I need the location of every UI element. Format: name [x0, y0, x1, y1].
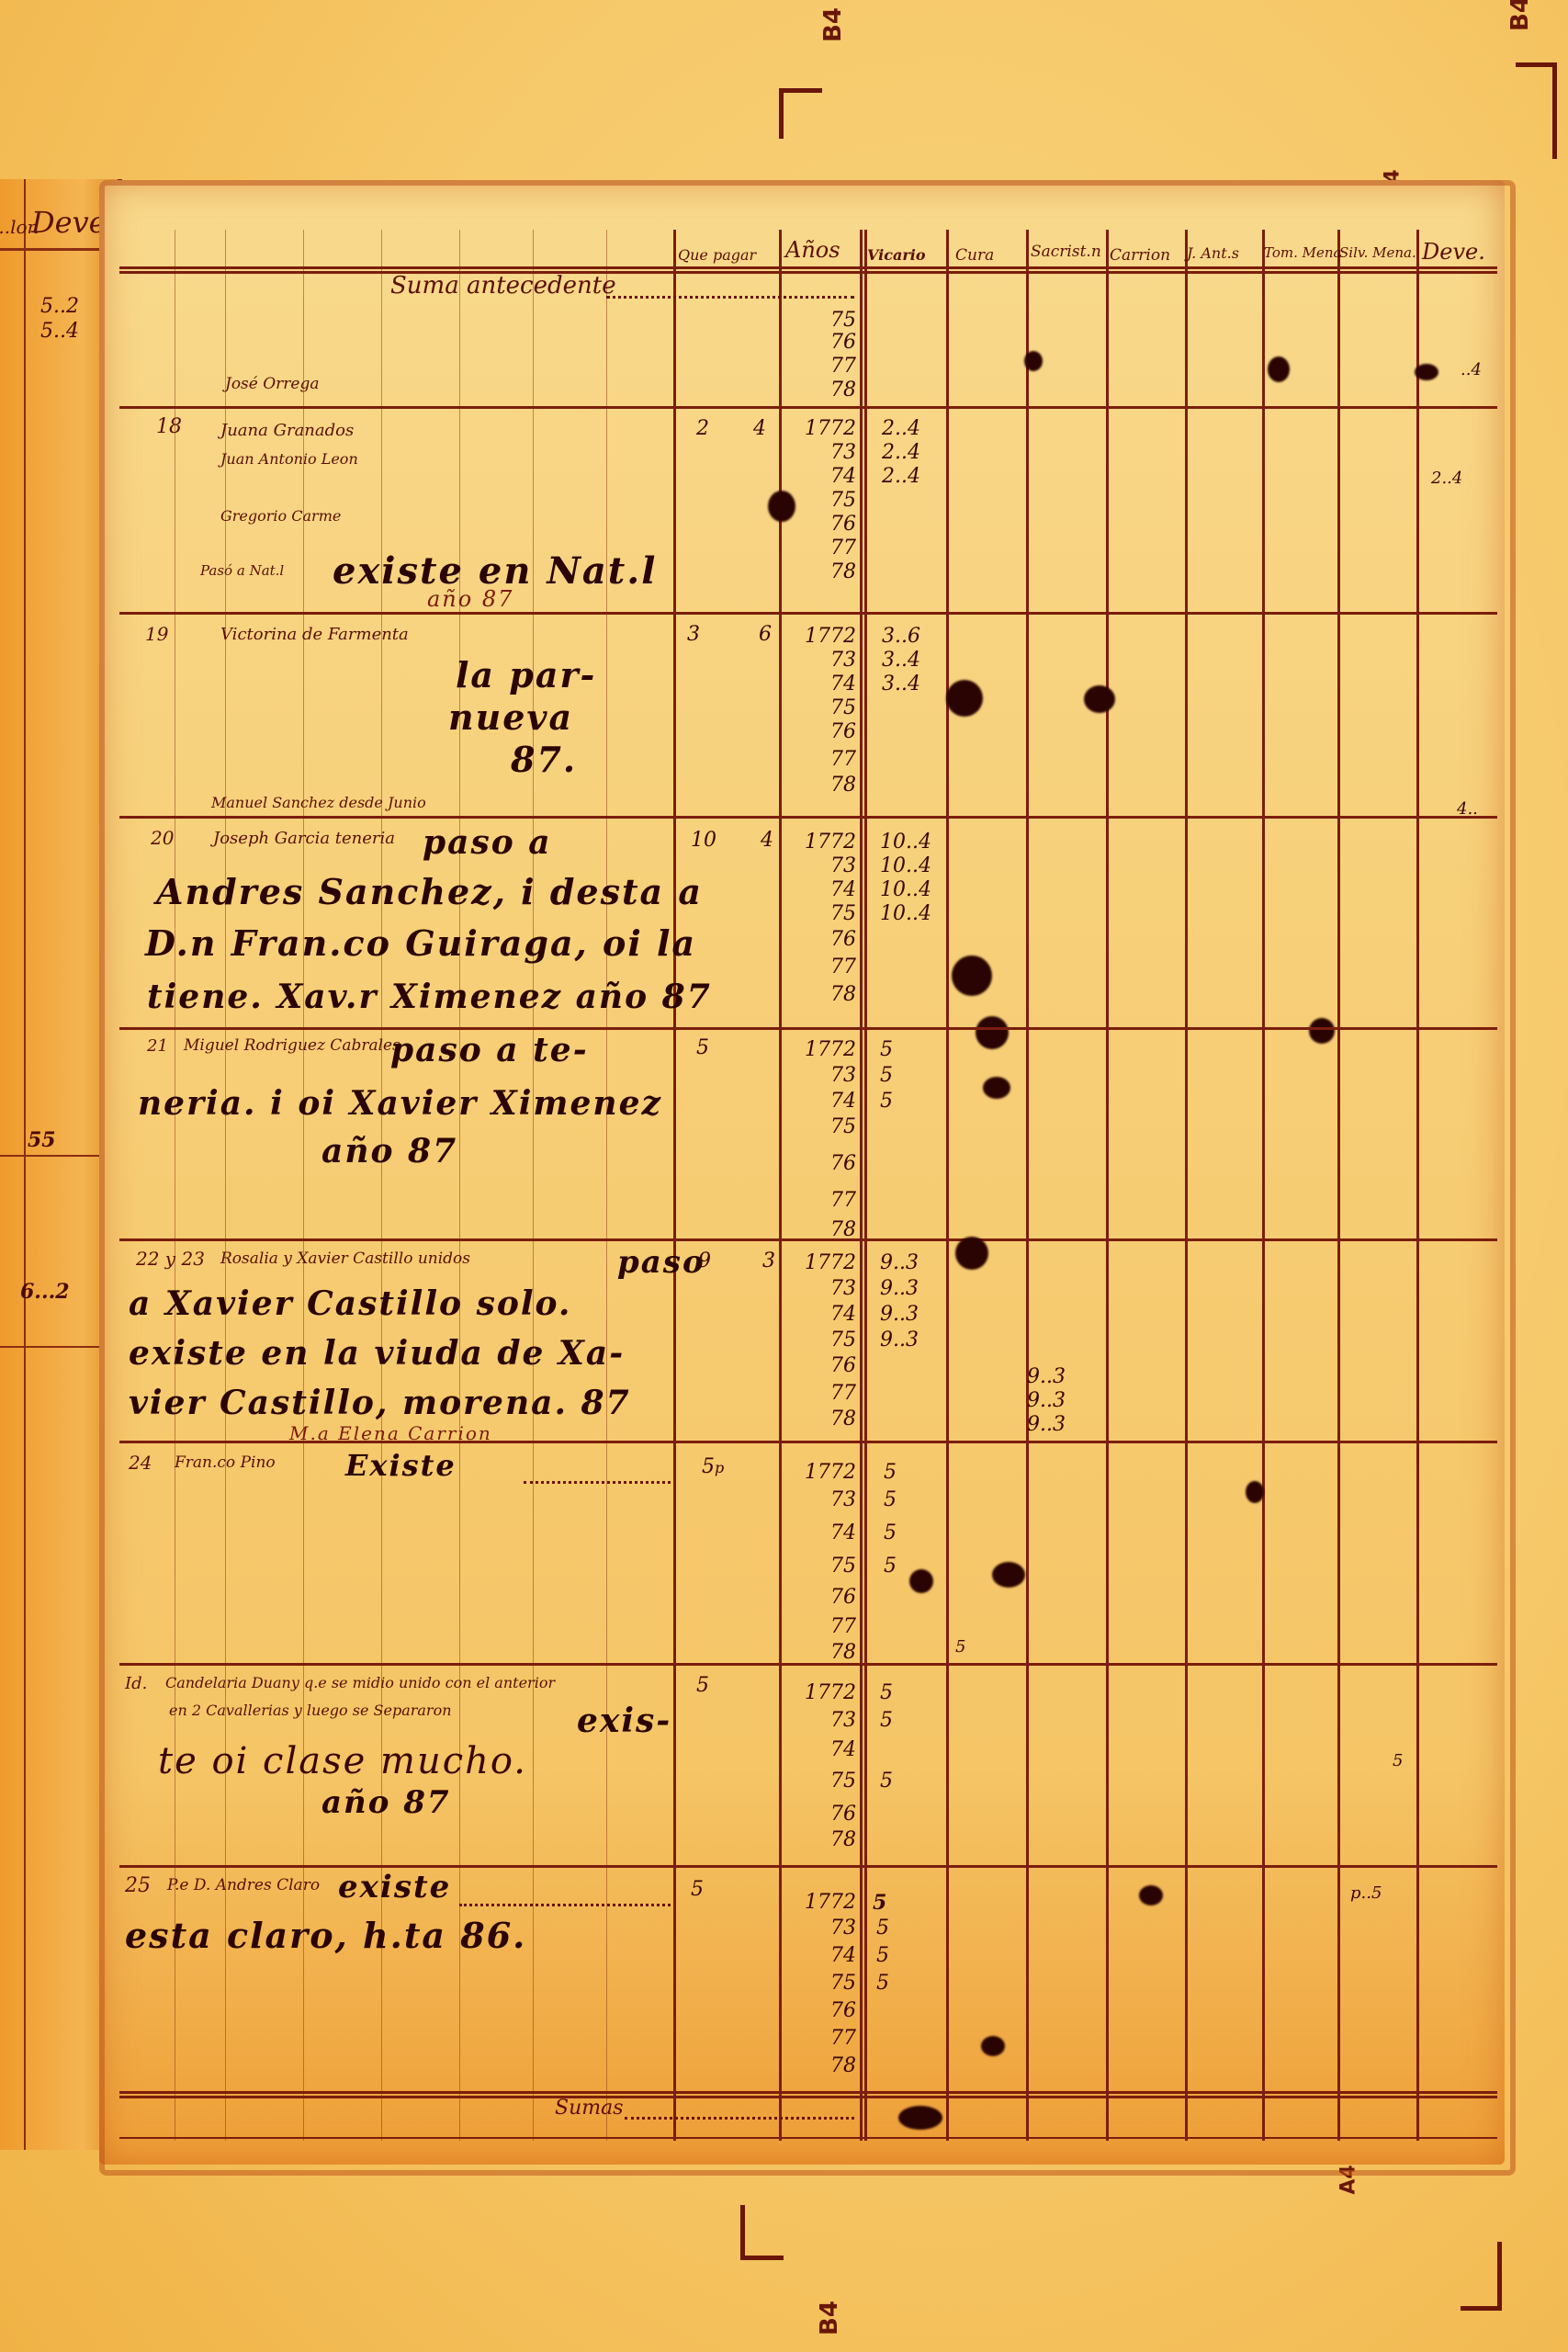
year-label: 75: [792, 309, 856, 332]
row-rule: [119, 1865, 1497, 1868]
debe-amount: p..5: [1350, 1883, 1382, 1903]
row-rule: [119, 612, 1497, 615]
year-label: 77: [792, 1189, 856, 1212]
ink-blot: [898, 2106, 942, 2130]
entry-number: 22 y 23: [136, 1248, 205, 1270]
leader-dots: [459, 1904, 671, 1906]
year-label: 1772: [792, 1251, 856, 1274]
year-label: 74: [792, 1521, 856, 1544]
ink-blot: [1084, 685, 1115, 713]
carry-forward-debe: ..4: [1461, 360, 1482, 379]
year-label: 1772: [792, 625, 856, 648]
ink-blot: [1024, 351, 1043, 371]
year-label: 78: [792, 774, 856, 797]
to-pay-amount: 5: [696, 1036, 709, 1059]
guide-line: [459, 230, 460, 2141]
entry-number: 18: [156, 415, 182, 438]
entry-annotation: año 87: [427, 586, 513, 612]
year-label: 1772: [792, 1681, 856, 1704]
column-header-vicario: Vicario: [867, 246, 926, 264]
to-pay-amount: 2: [696, 417, 709, 440]
column-divider-vicario: [860, 230, 867, 2141]
to-pay-amount: 6: [759, 623, 772, 646]
cura-amount: 5: [955, 1637, 965, 1657]
vicario-amount: 10..4: [880, 902, 931, 925]
carry-forward-name-note: José Orrega: [225, 375, 320, 393]
totals-label: Sumas: [555, 2097, 624, 2120]
year-label: 77: [792, 748, 856, 771]
year-label: 1772: [792, 417, 856, 440]
vicario-amount: 9..3: [880, 1277, 919, 1300]
year-label: 76: [792, 1803, 856, 1826]
year-label: 78: [792, 1828, 856, 1851]
year-label: 73: [792, 1277, 856, 1300]
sacristan-amount: 9..3: [1027, 1413, 1066, 1436]
left-page-value: 5..4: [40, 320, 79, 343]
vicario-amount: 5: [876, 1972, 889, 1995]
year-label: 75: [792, 1329, 856, 1351]
to-pay-amount: 4: [761, 829, 773, 852]
vicario-amount: 5: [880, 1064, 893, 1087]
ink-blot: [946, 680, 983, 717]
ink-blot: [981, 2036, 1005, 2056]
year-label: 78: [792, 379, 856, 401]
column-divider-to-pay: [673, 230, 676, 2141]
sacristan-amount: 9..3: [1027, 1365, 1066, 1388]
leader-dots: [625, 2117, 854, 2120]
row-rule: [119, 1441, 1497, 1443]
entry-annotation: paso a: [423, 823, 552, 862]
entry-annotation: nueva: [448, 696, 573, 738]
vicario-amount: 5: [876, 1944, 889, 1967]
column-header-carrion: Carrion: [1110, 246, 1170, 265]
registration-corner-top-right: [1516, 62, 1557, 159]
entry-annotation: exis-: [577, 1702, 671, 1740]
vicario-amount: 3..6: [882, 625, 920, 648]
year-label: 78: [792, 2054, 856, 2077]
entry-number: 19: [145, 623, 168, 645]
guide-line: [175, 230, 175, 2141]
leader-dots: [606, 296, 854, 299]
vicario-amount: 5: [884, 1461, 897, 1484]
year-label: 77: [792, 2027, 856, 2050]
year-label: 76: [792, 1354, 856, 1377]
ink-blot: [1309, 1018, 1335, 1044]
entry-name: Gregorio Carme: [220, 507, 341, 525]
column-divider-sacristan: [1026, 230, 1029, 2141]
year-label: 75: [792, 1115, 856, 1138]
year-label: 78: [792, 560, 856, 583]
registration-corner-top-left: [779, 88, 822, 139]
to-pay-amount: 3: [762, 1249, 775, 1272]
to-pay-amount: 10: [691, 829, 716, 852]
vicario-amount: 2..4: [882, 465, 920, 488]
entry-annotation: la par-: [456, 654, 596, 695]
row-rule: [119, 1238, 1497, 1241]
leader-dots: [524, 1481, 671, 1484]
vicario-amount: 5: [873, 1891, 886, 1915]
year-label: 75: [792, 696, 856, 719]
vicario-amount: 5: [880, 1709, 893, 1732]
year-label: 77: [792, 355, 856, 378]
vicario-amount: 5: [880, 1090, 893, 1113]
entry-annotation: Existe: [345, 1448, 457, 1483]
year-label: 77: [792, 1382, 856, 1405]
entry-name: Miguel Rodriguez Cabrales: [184, 1036, 400, 1055]
registration-corner-bottom-right: [1461, 2242, 1502, 2311]
ink-blot: [909, 1569, 933, 1593]
entry-number: 25: [125, 1874, 151, 1897]
left-page-value: 5..2: [40, 295, 79, 318]
column-header-cura: Cura: [955, 246, 994, 265]
year-label: 75: [792, 1972, 856, 1995]
vicario-amount: 10..4: [880, 878, 931, 901]
year-label: 75: [792, 489, 856, 512]
year-label: 73: [792, 1064, 856, 1087]
column-divider-jose-antonio: [1185, 230, 1188, 2141]
entry-annotation: existe: [338, 1869, 451, 1905]
entry-annotation: 87.: [511, 739, 577, 780]
entry-annotation: tiene. Xav.r Ximenez año 87: [147, 978, 712, 1016]
guide-line: [381, 230, 382, 2141]
totals-rule: [119, 2091, 1497, 2098]
vicario-amount: 3..4: [882, 649, 920, 672]
year-label: 74: [792, 1090, 856, 1113]
year-label: 76: [792, 720, 856, 743]
ink-blot: [992, 1562, 1025, 1588]
year-label: 78: [792, 1641, 856, 1664]
year-label: 76: [792, 1152, 856, 1175]
entry-annotation: esta claro, h.ta 86.: [125, 1915, 526, 1956]
year-label: 74: [792, 465, 856, 488]
vicario-amount: 2..4: [882, 441, 920, 464]
to-pay-amount: 9: [698, 1249, 711, 1272]
column-header-years: Años: [785, 237, 840, 263]
guide-line: [533, 230, 534, 2141]
ink-blot: [952, 955, 992, 996]
year-label: 73: [792, 441, 856, 464]
left-page-value: 55: [28, 1128, 56, 1152]
entry-name: Rosalia y Xavier Castillo unidos: [220, 1249, 470, 1268]
row-rule: [119, 406, 1497, 409]
ink-blot: [1139, 1885, 1163, 1905]
year-label: 73: [792, 1488, 856, 1511]
year-label: 78: [792, 1408, 856, 1430]
registration-label-bottom-right: A4: [1337, 2165, 1360, 2194]
entry-name: Fran.co Pino: [175, 1453, 276, 1472]
entry-annotation: año 87: [321, 1784, 451, 1821]
year-label: 75: [792, 1770, 856, 1792]
vicario-amount: 9..3: [880, 1329, 919, 1351]
vicario-amount: 2..4: [882, 417, 920, 440]
debe-amount: 2..4: [1431, 469, 1462, 488]
year-label: 74: [792, 1944, 856, 1967]
vicario-amount: 3..4: [882, 673, 920, 695]
registration-label-top-right: B4: [1506, 0, 1534, 31]
to-pay-amount: 5: [702, 1455, 715, 1478]
ink-blot: [976, 1016, 1009, 1049]
year-label: 74: [792, 878, 856, 901]
ink-blot: [768, 491, 795, 522]
to-pay-amount: 5: [691, 1878, 704, 1901]
year-label: 73: [792, 854, 856, 877]
entry-annotation: paso a te-: [390, 1031, 589, 1069]
year-label: 73: [792, 649, 856, 672]
entry-annotation: paso: [617, 1244, 705, 1281]
year-label: 1772: [792, 1461, 856, 1484]
row-rule: [119, 1027, 1497, 1030]
year-label: 73: [792, 1917, 856, 1939]
entry-name: en 2 Cavallerias y luego se Separaron: [169, 1702, 452, 1719]
carry-forward-label: Suma antecedente: [390, 272, 616, 300]
year-label: 74: [792, 1303, 856, 1326]
ink-blot: [1246, 1481, 1264, 1503]
column-header-silvestre-mena: Silv. Mena.: [1339, 244, 1416, 261]
registration-corner-bottom-left: [740, 2205, 784, 2260]
column-header-jose-antonio: J. Ant.s: [1187, 244, 1239, 262]
year-label: 76: [792, 513, 856, 536]
column-divider-debe: [1416, 230, 1419, 2141]
vicario-amount: 5: [880, 1038, 893, 1061]
vicario-amount: 10..4: [880, 854, 931, 877]
year-label: 1772: [792, 1038, 856, 1061]
year-label: 75: [792, 902, 856, 925]
year-label: 74: [792, 1738, 856, 1761]
entry-name: Juana Granados: [220, 421, 354, 440]
column-header-sacristan: Sacrist.n: [1031, 243, 1101, 261]
entry-name: Victorina de Farmenta: [220, 625, 409, 644]
year-label: 73: [792, 1709, 856, 1732]
vicario-amount: 5: [884, 1521, 897, 1544]
to-pay-amount: 5: [696, 1674, 709, 1697]
entry-name: Juan Antonio Leon: [220, 450, 358, 468]
left-page-value: 6...2: [20, 1280, 70, 1304]
sacristan-amount: 9..3: [1027, 1389, 1066, 1412]
column-divider-cura: [946, 230, 949, 2141]
ink-blot: [955, 1237, 988, 1270]
year-label: 74: [792, 673, 856, 695]
vicario-amount: 10..4: [880, 831, 931, 854]
entry-annotation: año 87: [321, 1132, 457, 1170]
entry-annotation: neria. i oi Xavier Ximenez: [138, 1084, 662, 1123]
entry-annotation: Andres Sanchez, i desta a: [156, 871, 703, 912]
bottom-rule: [119, 2137, 1497, 2139]
column-divider-carrion: [1106, 230, 1109, 2141]
column-header-tomas-mena: Tom. Mena: [1264, 244, 1341, 261]
to-pay-amount: 3: [687, 623, 700, 646]
vicario-amount: 5: [880, 1681, 893, 1704]
entry-number: 21: [147, 1036, 168, 1056]
to-pay-amount: 4: [753, 417, 766, 440]
header-rule: [119, 266, 1497, 274]
entry-annotation: a Xavier Castillo solo.: [129, 1284, 571, 1323]
entry-number: 20: [151, 827, 174, 849]
vicario-amount: 9..3: [880, 1251, 919, 1274]
row-rule: [119, 1663, 1497, 1666]
vicario-amount: 5: [884, 1555, 897, 1577]
left-page-column-line: [24, 179, 26, 2150]
row-rule: [119, 816, 1497, 819]
entry-annotation: vier Castillo, morena. 87: [129, 1384, 631, 1422]
year-label: 1772: [792, 831, 856, 854]
year-label: 1772: [792, 1891, 856, 1914]
year-label: 76: [792, 928, 856, 951]
debe-amount: 5: [1393, 1751, 1403, 1770]
entry-name: Candelaria Duany q.e se midio unido con …: [165, 1674, 555, 1691]
entry-annotation: D.n Fran.co Guiraga, oi la: [145, 922, 696, 964]
vicario-amount: 5: [876, 1917, 889, 1939]
year-label: 76: [792, 1999, 856, 2022]
entry-name: P.e D. Andres Claro: [167, 1876, 320, 1894]
ink-blot: [983, 1077, 1010, 1099]
year-label: 77: [792, 955, 856, 978]
year-label: 77: [792, 1615, 856, 1638]
ink-blot: [1268, 356, 1290, 382]
column-header-to-pay: Que pagar: [678, 246, 756, 264]
year-label: 75: [792, 1555, 856, 1577]
column-divider-tomas-mena: [1262, 230, 1265, 2141]
vicario-amount: 9..3: [880, 1303, 919, 1326]
entry-annotation: te oi clase mucho.: [158, 1740, 527, 1782]
ink-blot: [1415, 364, 1438, 380]
entry-name: Pasó a Nat.l: [200, 562, 284, 579]
registration-label-bottom-left: B4: [816, 2301, 843, 2335]
year-label: 76: [792, 1586, 856, 1609]
vicario-amount: 5: [884, 1488, 897, 1511]
guide-line: [606, 230, 607, 2141]
entry-annotation: existe en la viuda de Xa-: [129, 1334, 625, 1373]
left-page-header-debe: Deve: [31, 205, 107, 240]
column-header-debe: Deve.: [1422, 239, 1485, 265]
entry-name: Manuel Sanchez desde Junio: [211, 794, 426, 811]
entry-name: Joseph Garcia teneria: [213, 829, 395, 848]
year-label: 77: [792, 537, 856, 560]
to-pay-amount: p: [715, 1459, 724, 1476]
year-label: 76: [792, 331, 856, 354]
vicario-amount: 5: [880, 1770, 893, 1792]
column-divider-silvestre-mena: [1337, 230, 1340, 2141]
registration-label-top-left: B4: [819, 7, 847, 42]
year-label: 78: [792, 983, 856, 1006]
entry-number: 24: [129, 1452, 152, 1474]
entry-number: Id.: [125, 1674, 147, 1693]
